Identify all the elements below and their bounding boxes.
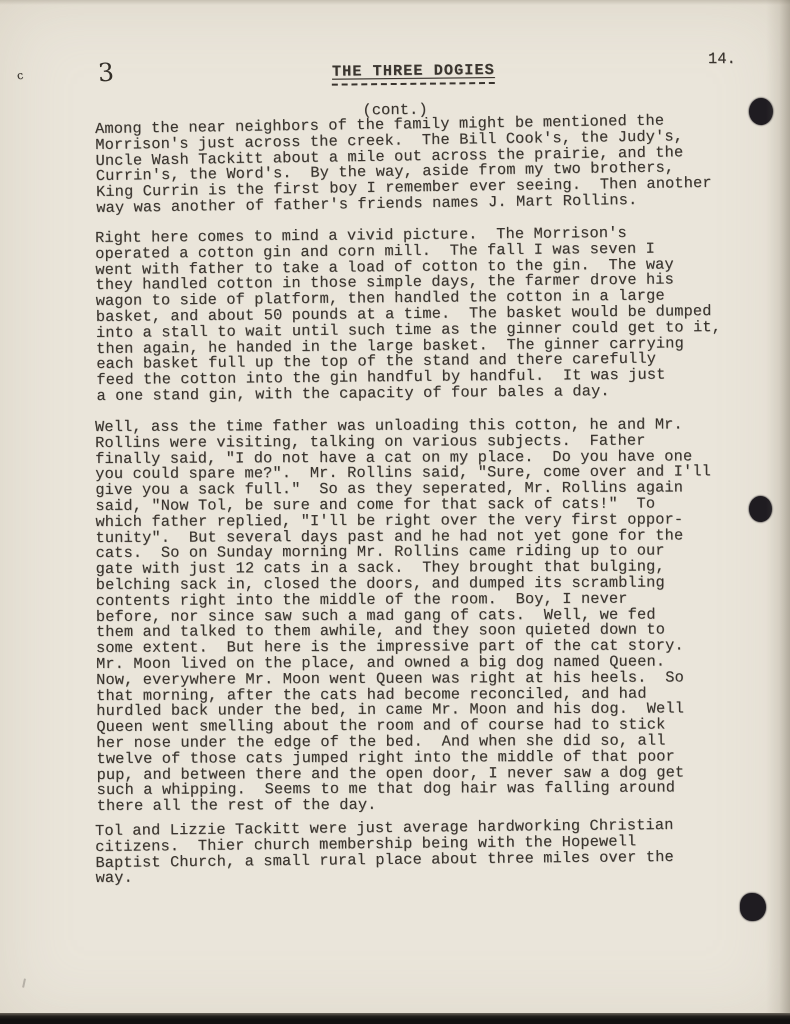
scan-top-edge [0,0,790,5]
paragraph-cat-story: Well, ass the time father was unloading … [95,417,769,815]
scanned-page: c 3 THE THREE DOGIES (cont.) 14. Among t… [0,0,790,1024]
title-underline: THE THREE DOGIES [332,63,495,86]
paragraph-tackitts: Tol and Lizzie Tackitt were just average… [95,817,768,887]
document-title: THE THREE DOGIES [332,61,495,81]
pencil-smudge [22,978,30,988]
page-number: 14. [708,52,736,68]
ink-dot-top [749,98,773,125]
paragraph-cotton-gin: Right here comes to mind a vivid picture… [95,225,769,405]
paragraph-neighbors: Among the near neighbors of the family m… [95,112,768,217]
ink-dot-middle [749,496,772,522]
ink-dot-bottom [740,893,766,921]
scan-bottom-bar [0,1013,790,1024]
